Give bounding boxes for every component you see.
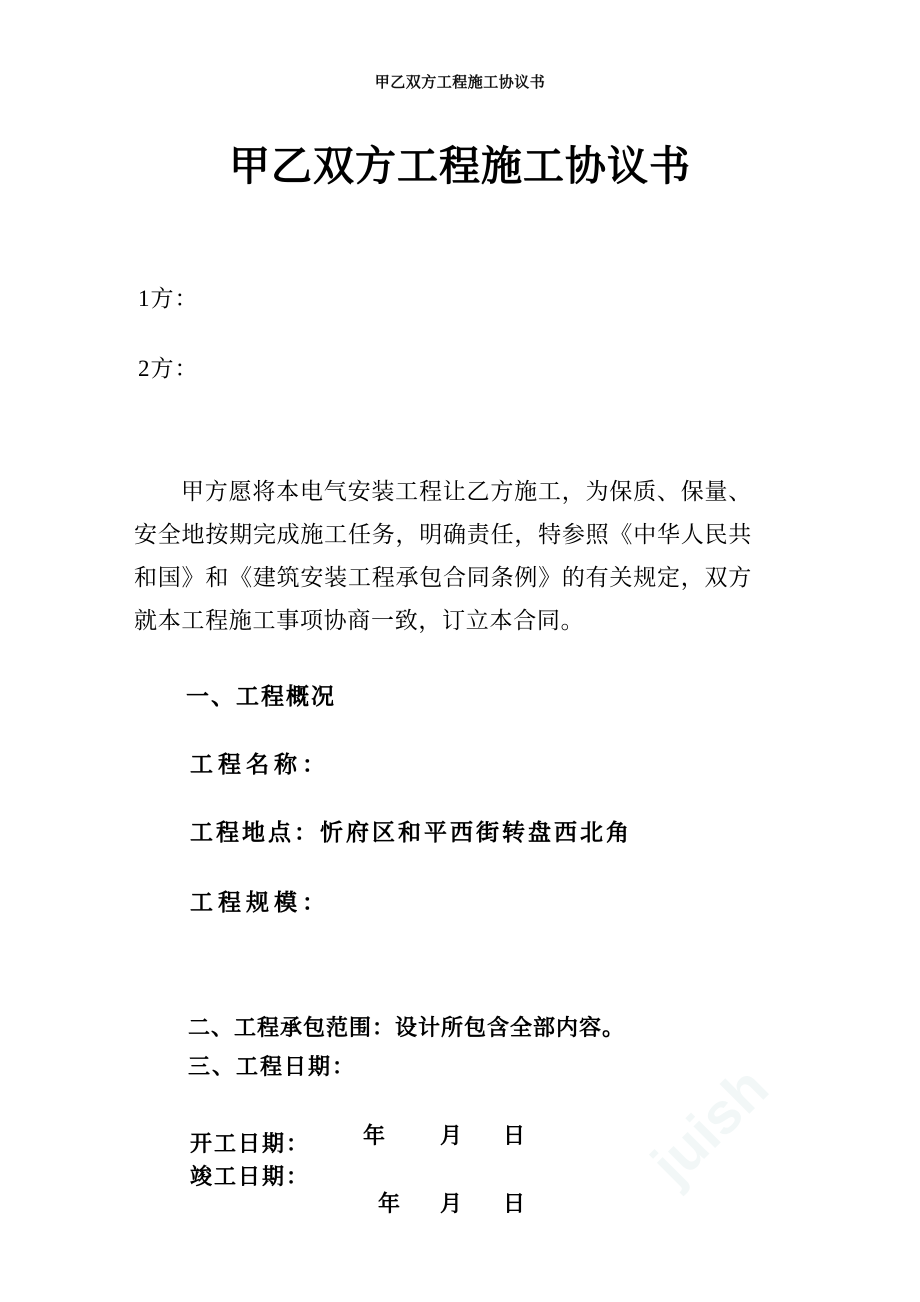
start-date-year-placeholder: 年 [363, 1119, 385, 1150]
project-scale-label: 工程规模： [190, 884, 330, 917]
intro-paragraph: 甲方愿将本电气安装工程让乙方施工，为保质、保量、安全地按期完成施工任务，明确责任… [134, 470, 752, 642]
document-page: 甲乙双方工程施工协议书 甲乙双方工程施工协议书 1方： 2方： 甲方愿将本电气安… [0, 0, 920, 1302]
section1-heading: 一、工程概况 [186, 678, 336, 711]
finish-date-year-placeholder: 年 [378, 1187, 400, 1218]
running-header: 甲乙双方工程施工协议书 [0, 71, 920, 92]
project-name-label: 工程名称： [190, 746, 330, 779]
start-date-month-placeholder: 月 [440, 1119, 462, 1150]
finish-date-label: 竣工日期： [190, 1160, 310, 1191]
finish-date-month-placeholder: 月 [440, 1187, 462, 1218]
start-date-label: 开工日期： [190, 1127, 310, 1158]
document-title: 甲乙双方工程施工协议书 [0, 133, 920, 192]
project-location-line: 工程地点：忻府区和平西街转盘西北角 [190, 814, 632, 847]
party2-line: 2方： [138, 350, 199, 383]
site-watermark: juish [638, 1054, 781, 1197]
section3-line: 三、工程日期： [188, 1050, 356, 1081]
party1-line: 1方： [138, 280, 199, 313]
start-date-day-placeholder: 日 [503, 1119, 525, 1150]
finish-date-day-placeholder: 日 [503, 1187, 525, 1218]
section2-line: 二、工程承包范围：设计所包含全部内容。 [188, 1011, 625, 1042]
